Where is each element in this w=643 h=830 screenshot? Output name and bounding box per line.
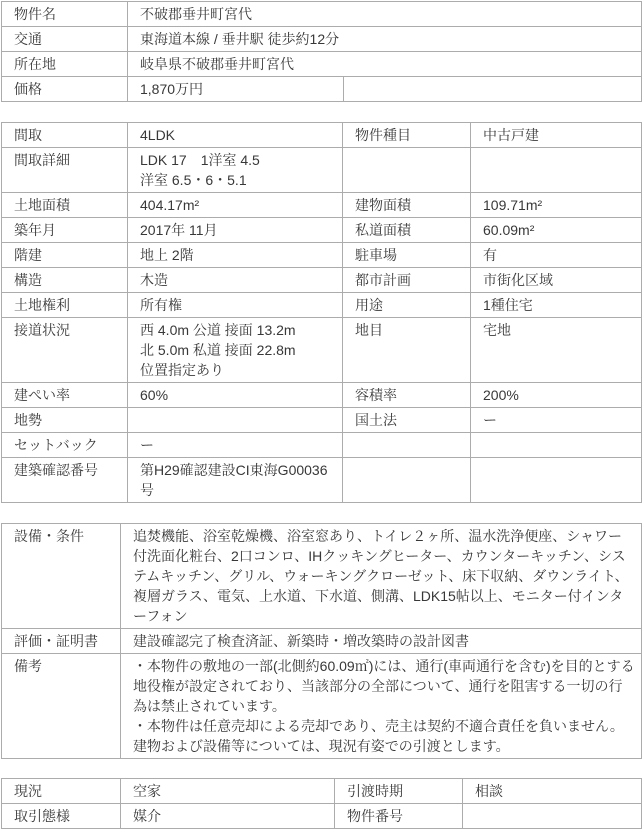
equipment-label: 設備・条件 [2, 524, 121, 629]
row-floor-plan-detail: 間取詳細 LDK 17 1洋室 4.5 洋室 6.5・6・5.1 [2, 148, 642, 193]
transaction-type-label: 取引態様 [2, 804, 121, 829]
property-number-label: 物件番号 [335, 804, 463, 829]
built-date-value: 2017年 11月 [128, 218, 343, 243]
transportation-label: 交通 [2, 27, 128, 52]
row-equipment: 設備・条件 追焚機能、浴室乾燥機、浴室窓あり、トイレ２ヶ所、温水洗浄便座、シャワ… [2, 524, 642, 629]
remarks-value: ・本物件の敷地の一部(北側約60.09㎡)には、通行(車両通行を含む)を目的とす… [121, 654, 642, 759]
building-coverage-value: 60% [128, 383, 343, 408]
transportation-value: 東海道本線 / 垂井駅 徒歩約12分 [128, 27, 642, 52]
property-number-value [463, 804, 642, 829]
building-coverage-label: 建ぺい率 [2, 383, 128, 408]
parking-value: 有 [471, 243, 642, 268]
table-gap [1, 503, 642, 523]
certificates-value: 建設確認完了検査済証、新築時・増改築時の設計図書 [121, 629, 642, 654]
row-transportation: 交通 東海道本線 / 垂井駅 徒歩約12分 [2, 27, 642, 52]
row-certificates: 評価・証明書 建設確認完了検査済証、新築時・増改築時の設計図書 [2, 629, 642, 654]
private-road-area-label: 私道面積 [343, 218, 471, 243]
property-type-value: 中古戸建 [471, 123, 642, 148]
row-built-date: 築年月 2017年 11月 私道面積 60.09m² [2, 218, 642, 243]
price-extra-cell [344, 77, 642, 102]
zoning-use-value: 1種住宅 [471, 293, 642, 318]
road-access-label: 接道状況 [2, 318, 128, 383]
setback-value: ー [128, 433, 343, 458]
features-table: 設備・条件 追焚機能、浴室乾燥機、浴室窓あり、トイレ２ヶ所、温水洗浄便座、シャワ… [1, 523, 642, 759]
row-land-area: 土地面積 404.17m² 建物面積 109.71m² [2, 193, 642, 218]
empty-value-cell [471, 458, 642, 503]
structure-label: 構造 [2, 268, 128, 293]
row-transaction-type: 取引態様 媒介 物件番号 [2, 804, 642, 829]
price-label: 価格 [2, 77, 128, 102]
building-confirmation-number-label: 建築確認番号 [2, 458, 128, 503]
empty-label-cell [343, 148, 471, 193]
row-setback: セットバック ー [2, 433, 642, 458]
empty-label-cell [343, 433, 471, 458]
building-area-label: 建物面積 [343, 193, 471, 218]
location-label: 所在地 [2, 52, 128, 77]
city-planning-label: 都市計画 [343, 268, 471, 293]
table-gap [1, 102, 642, 122]
row-building-coverage: 建ぺい率 60% 容積率 200% [2, 383, 642, 408]
floor-area-ratio-value: 200% [471, 383, 642, 408]
location-value: 岐阜県不破郡垂井町宮代 [128, 52, 642, 77]
equipment-value: 追焚機能、浴室乾燥機、浴室窓あり、トイレ２ヶ所、温水洗浄便座、シャワー付洗面化粧… [121, 524, 642, 629]
national-land-law-value: ー [471, 408, 642, 433]
parking-label: 駐車場 [343, 243, 471, 268]
row-land-rights: 土地権利 所有権 用途 1種住宅 [2, 293, 642, 318]
row-location: 所在地 岐阜県不破郡垂井町宮代 [2, 52, 642, 77]
building-confirmation-number-value: 第H29確認建設CI東海G00036号 [128, 458, 343, 503]
price-value: 1,870万円 [128, 77, 344, 102]
certificates-label: 評価・証明書 [2, 629, 121, 654]
terrain-label: 地勢 [2, 408, 128, 433]
empty-label-cell [343, 458, 471, 503]
floor-plan-label: 間取 [2, 123, 128, 148]
remarks-label: 備考 [2, 654, 121, 759]
setback-label: セットバック [2, 433, 128, 458]
handover-time-value: 相談 [463, 779, 642, 804]
row-current-status: 現況 空家 引渡時期 相談 [2, 779, 642, 804]
land-category-label: 地目 [343, 318, 471, 383]
floors-label: 階建 [2, 243, 128, 268]
property-details-table: 間取 4LDK 物件種目 中古戸建 間取詳細 LDK 17 1洋室 4.5 洋室… [1, 122, 642, 503]
property-name-label: 物件名 [2, 2, 128, 27]
property-type-label: 物件種目 [343, 123, 471, 148]
structure-value: 木造 [128, 268, 343, 293]
national-land-law-label: 国土法 [343, 408, 471, 433]
floor-plan-detail-label: 間取詳細 [2, 148, 128, 193]
floor-area-ratio-label: 容積率 [343, 383, 471, 408]
row-floors: 階建 地上 2階 駐車場 有 [2, 243, 642, 268]
row-floor-plan: 間取 4LDK 物件種目 中古戸建 [2, 123, 642, 148]
table-gap [1, 759, 642, 778]
row-property-name: 物件名 不破郡垂井町宮代 [2, 2, 642, 27]
transaction-type-value: 媒介 [121, 804, 335, 829]
row-terrain: 地勢 国土法 ー [2, 408, 642, 433]
floors-value: 地上 2階 [128, 243, 343, 268]
handover-time-label: 引渡時期 [335, 779, 463, 804]
private-road-area-value: 60.09m² [471, 218, 642, 243]
land-rights-label: 土地権利 [2, 293, 128, 318]
current-status-label: 現況 [2, 779, 121, 804]
land-category-value: 宅地 [471, 318, 642, 383]
land-area-value: 404.17m² [128, 193, 343, 218]
empty-value-cell [471, 148, 642, 193]
built-date-label: 築年月 [2, 218, 128, 243]
empty-value-cell [471, 433, 642, 458]
row-road-access: 接道状況 西 4.0m 公道 接面 13.2m 北 5.0m 私道 接面 22.… [2, 318, 642, 383]
city-planning-value: 市街化区域 [471, 268, 642, 293]
land-area-label: 土地面積 [2, 193, 128, 218]
row-structure: 構造 木造 都市計画 市街化区域 [2, 268, 642, 293]
floor-plan-detail-value: LDK 17 1洋室 4.5 洋室 6.5・6・5.1 [128, 148, 343, 193]
zoning-use-label: 用途 [343, 293, 471, 318]
property-name-value: 不破郡垂井町宮代 [128, 2, 642, 27]
row-remarks: 備考 ・本物件の敷地の一部(北側約60.09㎡)には、通行(車両通行を含む)を目… [2, 654, 642, 759]
land-rights-value: 所有権 [128, 293, 343, 318]
building-area-value: 109.71m² [471, 193, 642, 218]
property-sheet: 物件名 不破郡垂井町宮代 交通 東海道本線 / 垂井駅 徒歩約12分 所在地 岐… [0, 0, 643, 830]
terrain-value [128, 408, 343, 433]
road-access-value: 西 4.0m 公道 接面 13.2m 北 5.0m 私道 接面 22.8m 位置… [128, 318, 343, 383]
property-summary-table: 物件名 不破郡垂井町宮代 交通 東海道本線 / 垂井駅 徒歩約12分 所在地 岐… [1, 1, 642, 102]
status-table: 現況 空家 引渡時期 相談 取引態様 媒介 物件番号 [1, 778, 642, 829]
row-building-confirmation-number: 建築確認番号 第H29確認建設CI東海G00036号 [2, 458, 642, 503]
floor-plan-value: 4LDK [128, 123, 343, 148]
current-status-value: 空家 [121, 779, 335, 804]
row-price: 価格 1,870万円 [2, 77, 642, 102]
